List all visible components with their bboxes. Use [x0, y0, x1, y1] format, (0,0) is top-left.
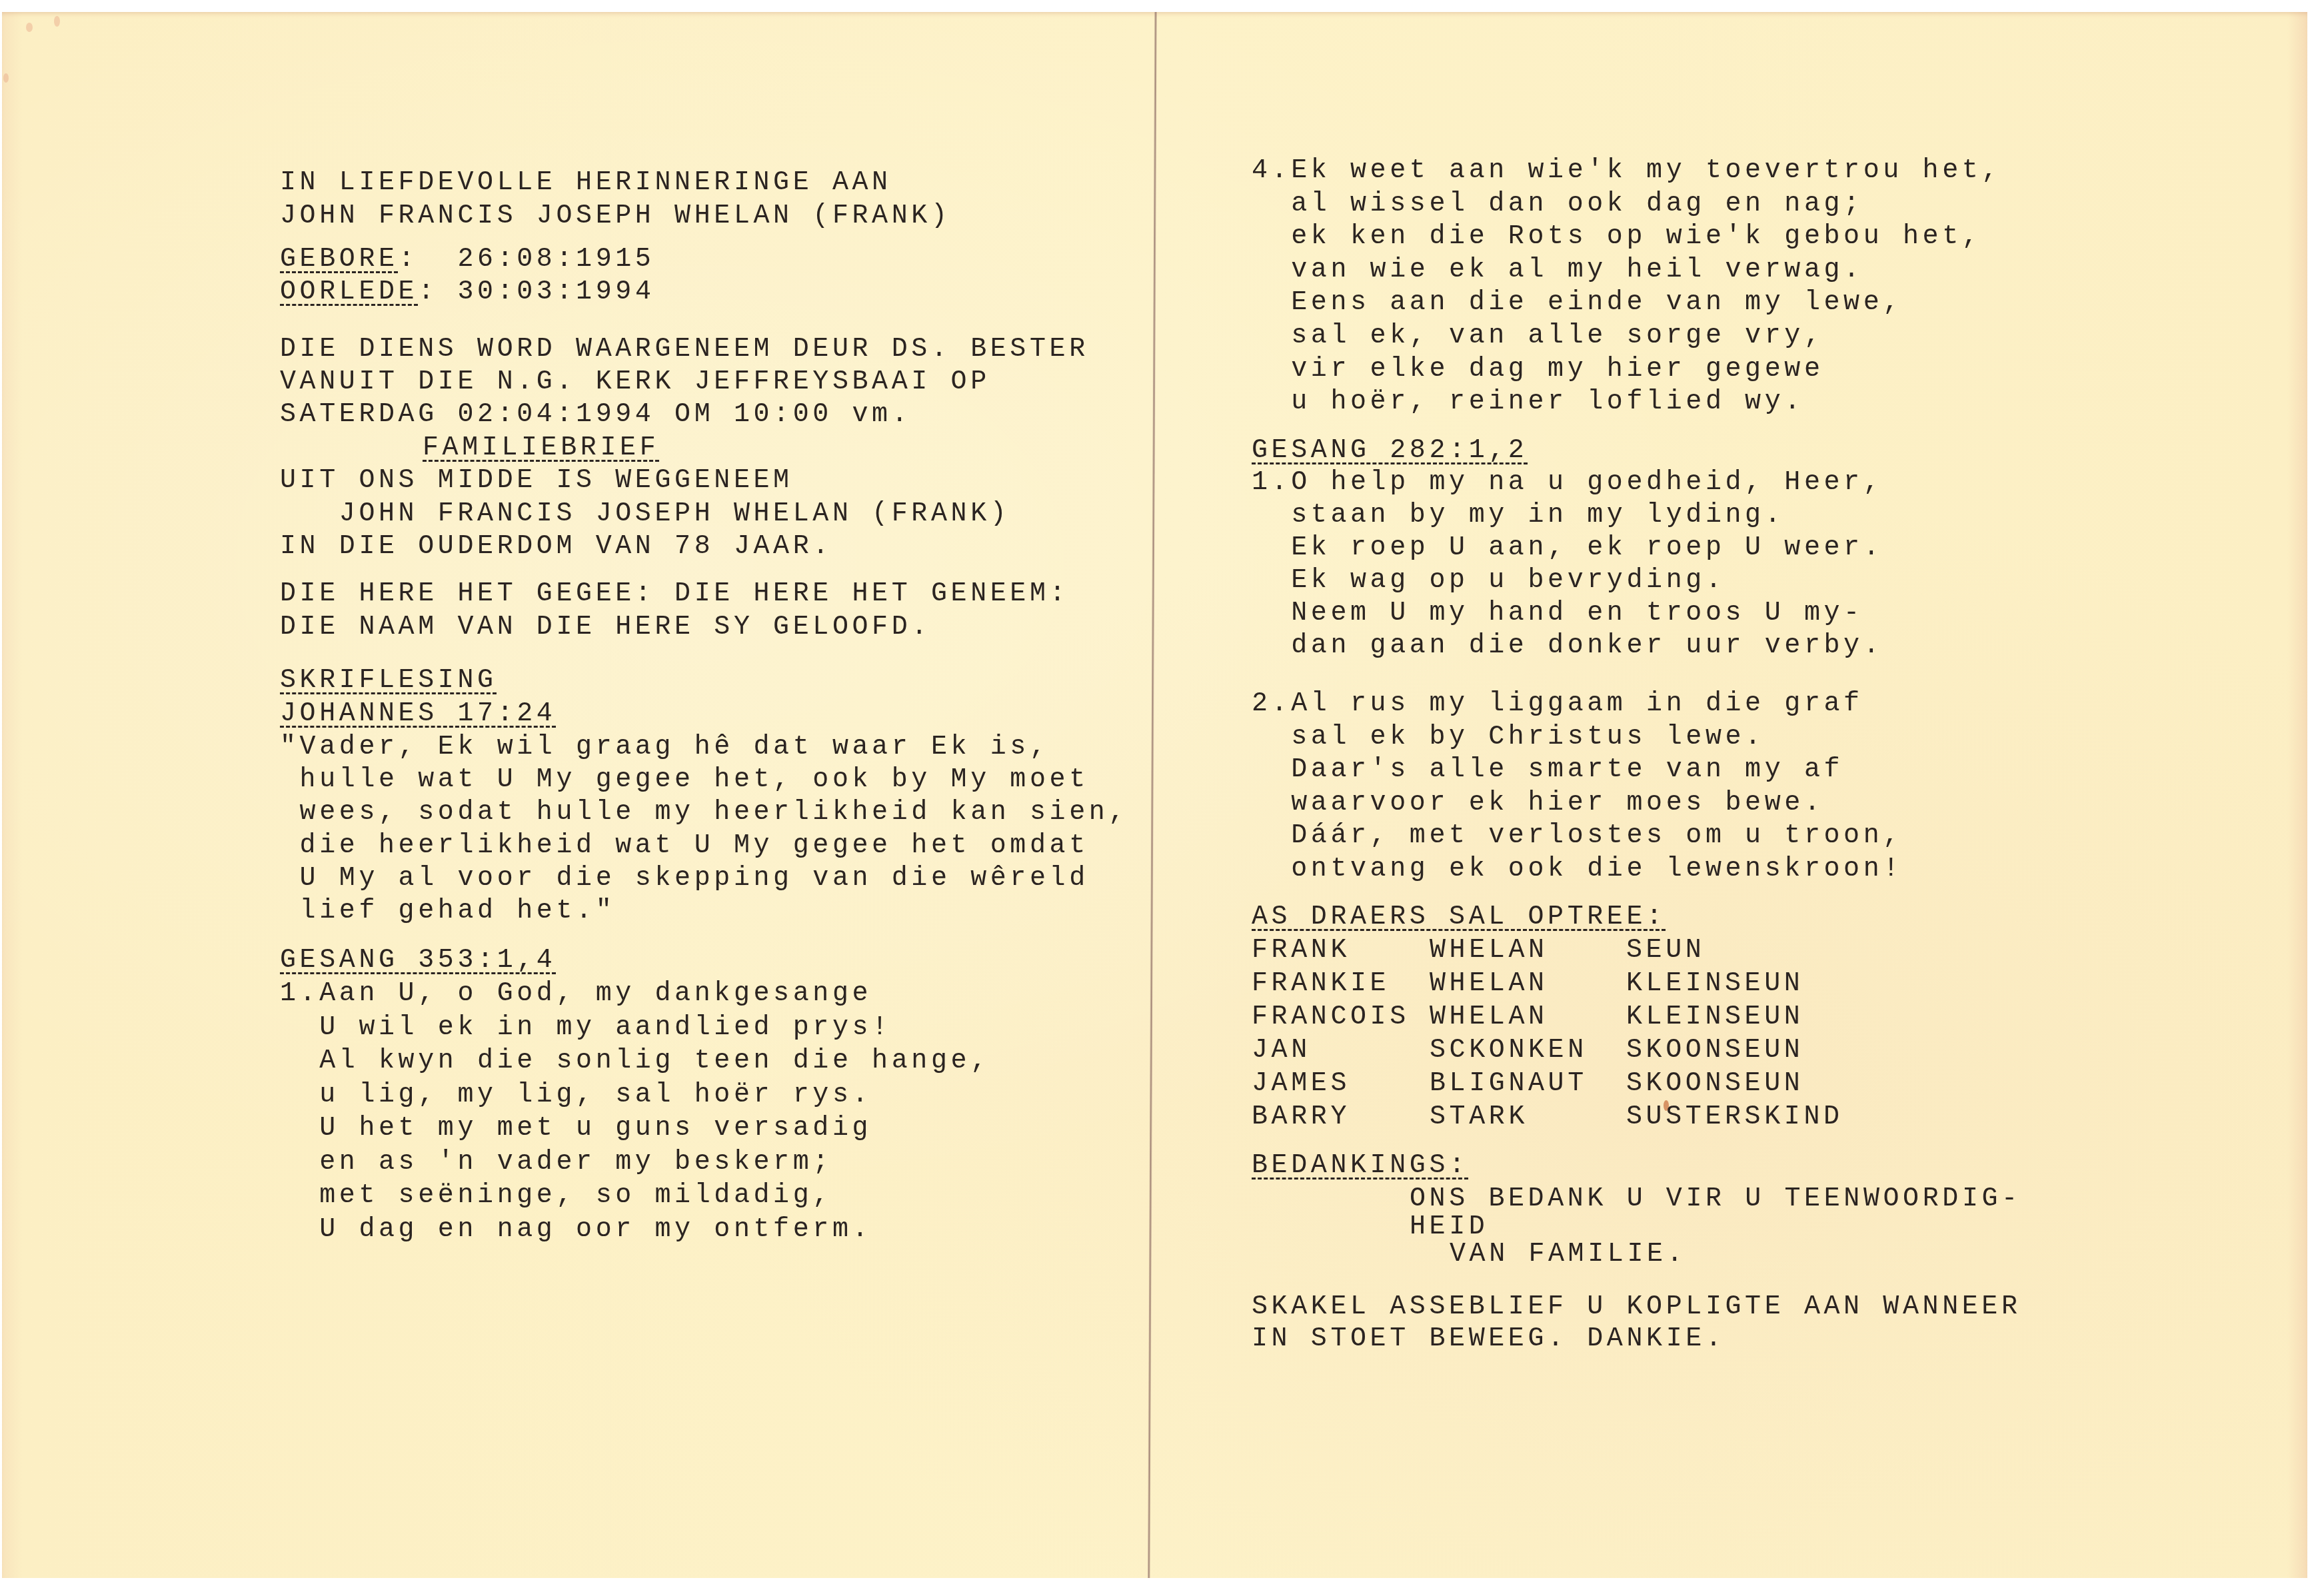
- hymn-line: vir elke dag my hier gegewe: [1252, 357, 1824, 383]
- pallbearer-relation: SUSTERSKIND: [1626, 1104, 1843, 1131]
- left-page: IN LIEFDEVOLLE HERINNERINGE AAN JOHN FRA…: [2, 12, 1155, 1578]
- pallbearer-first: FRANCOIS: [1252, 1004, 1410, 1031]
- family-letter-line-2: JOHN FRANCIS JOSEPH WHELAN (FRANK): [280, 501, 1010, 528]
- scripture-line: die heerlikheid wat U My gegee het omdat: [280, 833, 1089, 860]
- scripture-reference: JOHANNES 17:24: [280, 701, 556, 728]
- blessing-line-2: DIE NAAM VAN DIE HERE SY GELOOFD.: [280, 614, 931, 641]
- service-line-2: VANUIT DIE N.G. KERK JEFFREYSBAAI OP: [280, 369, 990, 396]
- hymn-line: Al kwyn die sonlig teen die hange,: [280, 1048, 990, 1075]
- hymn-line: 1.Aan U, o God, my dankgesange: [280, 981, 872, 1008]
- scripture-line: wees, sodat hulle my heerlikheid kan sie…: [280, 800, 1128, 826]
- hymn2-line: Daar's alle smarte van my af: [1252, 757, 1843, 784]
- hymn-line: u hoër, reiner loflied wy.: [1252, 389, 1804, 416]
- pallbearer-last: STARK: [1430, 1104, 1528, 1131]
- hymn2-line: Ek roep U aan, ek roep U weer.: [1252, 535, 1883, 562]
- died-label: OORLEDE: [280, 277, 418, 307]
- thanks-title-row: BEDANKINGS:: [1252, 1153, 1469, 1180]
- family-letter-line-3: IN DIE OUDERDOM VAN 78 JAAR.: [280, 534, 832, 560]
- closing-line-2: IN STOET BEWEEG. DANKIE.: [1252, 1326, 1726, 1353]
- died-row: OORLEDE: 30:03:1994: [280, 279, 655, 306]
- pallbearer-last: WHELAN: [1430, 1004, 1548, 1031]
- pallbearer-relation: SEUN: [1626, 938, 1705, 964]
- hymn-line: sal ek, van alle sorge vry,: [1252, 323, 1824, 350]
- scripture-line: "Vader, Ek wil graag hê dat waar Ek is,: [280, 734, 1050, 761]
- pallbearer-relation: SKOONSEUN: [1626, 1038, 1803, 1064]
- hymn-line: U dag en nag oor my ontferm.: [280, 1217, 872, 1243]
- pallbearer-last: WHELAN: [1430, 971, 1548, 998]
- pallbearer-first: BARRY: [1252, 1104, 1350, 1131]
- hymn2-line: sal ek by Christus lewe.: [1252, 724, 1765, 751]
- scripture-line: lief gehad het.": [280, 898, 615, 925]
- thanks-line-3: VAN FAMILIE.: [1450, 1241, 1686, 1268]
- pallbearer-relation: KLEINSEUN: [1626, 1004, 1803, 1031]
- scripture-line: hulle wat U My gegee het, ook by My moet: [280, 767, 1089, 794]
- born-date: 26:08:1915: [457, 245, 654, 275]
- thanks-line-1: ONS BEDANK U VIR U TEENWOORDIG-: [1410, 1186, 2021, 1213]
- pallbearer-last: SCKONKEN: [1430, 1038, 1588, 1064]
- hymn2-line: waarvoor ek hier moes bewe.: [1252, 790, 1824, 817]
- funeral-program-paper: IN LIEFDEVOLLE HERINNERINGE AAN JOHN FRA…: [2, 12, 2307, 1578]
- hymn2-line: Neem U my hand en troos U my-: [1252, 600, 1863, 627]
- born-label: GEBORE: [280, 245, 399, 275]
- hymn2-title: GESANG 282:1,2: [1252, 438, 1528, 464]
- hymn-line: U wil ek in my aandlied prys!: [280, 1015, 892, 1042]
- died-date: 30:03:1994: [457, 277, 654, 307]
- hymn2-line: Dáár, met verlostes om u troon,: [1252, 823, 1903, 850]
- hymn-line: van wie ek al my heil verwag.: [1252, 257, 1863, 284]
- thanks-title: BEDANKINGS:: [1252, 1151, 1469, 1181]
- hymn-line: 4.Ek weet aan wie'k my toevertrou het,: [1252, 158, 2001, 185]
- hymn-line: u lig, my lig, sal hoër rys.: [280, 1082, 872, 1109]
- service-line-3: SATERDAG 02:04:1994 OM 10:00 vm.: [280, 402, 911, 428]
- hymn2-line: Ek wag op u bevryding.: [1252, 568, 1726, 594]
- hymn2-line: ontvang ek ook die lewenskroon!: [1252, 856, 1903, 883]
- right-page: 4.Ek weet aan wie'k my toevertrou het, a…: [1156, 12, 2307, 1578]
- hymn2-line: dan gaan die donker uur verby.: [1252, 633, 1883, 660]
- hymn-line: Eens aan die einde van my lewe,: [1252, 290, 1903, 317]
- pallbearer-last: BLIGNAUT: [1430, 1071, 1588, 1098]
- pallbearer-first: FRANK: [1252, 938, 1350, 964]
- scripture-line: U My al voor die skepping van die wêreld: [280, 866, 1089, 892]
- pallbearer-first: JAMES: [1252, 1071, 1350, 1098]
- blessing-line-1: DIE HERE HET GEGEE: DIE HERE HET GENEEM:: [280, 581, 1069, 608]
- scripture-title: SKRIFLESING: [280, 668, 497, 694]
- born-row: GEBORE: 26:08:1915: [280, 247, 654, 273]
- pallbearer-first: FRANKIE: [1252, 971, 1390, 998]
- memorial-heading-line-2: JOHN FRANCIS JOSEPH WHELAN (FRANK): [280, 203, 951, 230]
- service-line-1: DIE DIENS WORD WAARGENEEM DEUR DS. BESTE…: [280, 337, 1089, 363]
- thanks-line-2: HEID: [1410, 1214, 1488, 1241]
- hymn2-line: 2.Al rus my liggaam in die graf: [1252, 691, 1863, 718]
- hymn-line: en as 'n vader my beskerm;: [280, 1150, 832, 1176]
- family-letter-title: FAMILIEBRIEF: [423, 435, 659, 462]
- hymn-line: al wissel dan ook dag en nag;: [1252, 191, 1863, 218]
- pallbearer-relation: SKOONSEUN: [1626, 1071, 1803, 1098]
- pallbearer-last: WHELAN: [1430, 938, 1548, 964]
- pallbearers-title: AS DRAERS SAL OPTREE:: [1252, 904, 1666, 931]
- pallbearer-relation: KLEINSEUN: [1626, 971, 1803, 998]
- hymn-line: ek ken die Rots op wie'k gebou het,: [1252, 224, 1981, 251]
- hymn-line: U het my met u guns versadig: [280, 1116, 872, 1142]
- pallbearer-first: JAN: [1252, 1038, 1311, 1064]
- family-letter-line-1: UIT ONS MIDDE IS WEGGENEEM: [280, 468, 793, 494]
- hymn2-line: staan by my in my lyding.: [1252, 502, 1784, 529]
- closing-line-1: SKAKEL ASSEBLIEF U KOPLIGTE AAN WANNEER: [1252, 1294, 2021, 1321]
- hymn2-line: 1.O help my na u goedheid, Heer,: [1252, 470, 1883, 496]
- memorial-heading-line-1: IN LIEFDEVOLLE HERINNERINGE AAN: [280, 170, 892, 197]
- hymn-line: met seëninge, so mildadig,: [280, 1183, 832, 1209]
- hymn-title: GESANG 353:1,4: [280, 948, 556, 974]
